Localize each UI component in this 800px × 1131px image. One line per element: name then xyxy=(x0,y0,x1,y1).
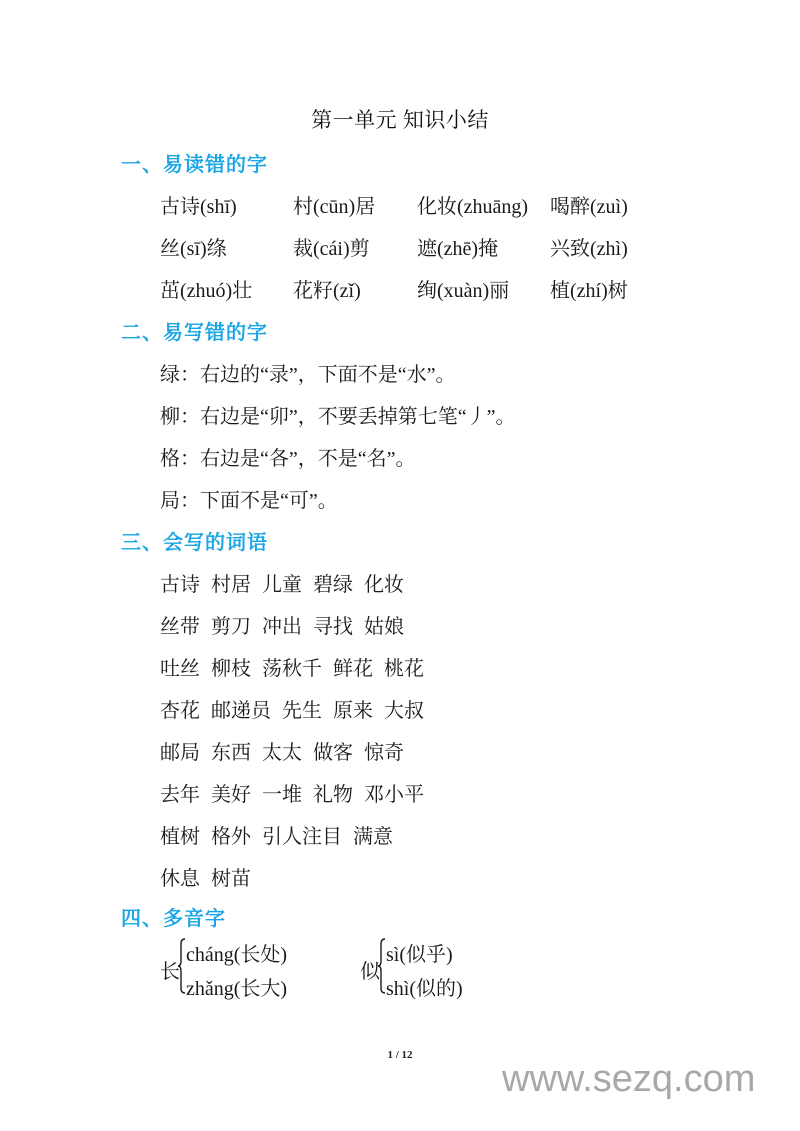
brace-icon xyxy=(178,938,186,994)
vocabulary-word: 荡秋千 xyxy=(262,658,322,680)
vocabulary-row: 丝带剪刀冲出寻找姑娘 xyxy=(160,610,415,639)
polyphone-reading: cháng(长处) xyxy=(186,938,287,967)
vocabulary-word: 树苗 xyxy=(211,868,251,890)
misread-item: 兴致(zhì) xyxy=(550,232,628,261)
polyphone-reading: zhǎng(长大) xyxy=(186,972,287,1001)
section-heading-misread: 一、易读错的字 xyxy=(121,148,268,177)
vocabulary-word: 鲜花 xyxy=(333,658,373,680)
vocabulary-word: 休息 xyxy=(160,868,200,890)
vocabulary-word: 惊奇 xyxy=(364,742,404,764)
vocabulary-word: 满意 xyxy=(353,826,393,848)
misread-row: 茁(zhuó)壮 花籽(zǐ) 绚(xuàn)丽 植(zhí)树 xyxy=(160,274,680,302)
vocabulary-word: 美好 xyxy=(211,784,251,806)
brace-icon xyxy=(378,938,386,994)
vocabulary-word: 剪刀 xyxy=(211,616,251,638)
vocabulary-word: 先生 xyxy=(282,700,322,722)
page-title: 第一单元 知识小结 xyxy=(0,104,800,134)
vocabulary-word: 冲出 xyxy=(262,616,302,638)
vocabulary-word: 姑娘 xyxy=(364,616,404,638)
vocabulary-word: 柳枝 xyxy=(211,658,251,680)
vocabulary-word: 寻找 xyxy=(313,616,353,638)
vocabulary-word: 原来 xyxy=(333,700,373,722)
vocabulary-row: 杏花邮递员先生原来大叔 xyxy=(160,694,435,723)
section-heading-vocabulary: 三、会写的词语 xyxy=(121,526,268,555)
vocabulary-word: 做客 xyxy=(313,742,353,764)
misread-item: 遮(zhē)掩 xyxy=(417,232,498,261)
miswritten-note: 局：下面不是“可”。 xyxy=(160,484,338,513)
polyphone-reading: shì(似的) xyxy=(386,972,463,1001)
vocabulary-word: 格外 xyxy=(211,826,251,848)
misread-item: 古诗(shī) xyxy=(160,190,237,219)
misread-item: 村(cūn)居 xyxy=(293,190,375,219)
polyphone-char: 长 xyxy=(160,955,180,984)
polyphone-char: 似 xyxy=(360,955,380,984)
misread-item: 花籽(zǐ) xyxy=(293,274,361,303)
misread-item: 植(zhí)树 xyxy=(550,274,628,303)
vocabulary-word: 邮局 xyxy=(160,742,200,764)
misread-item: 裁(cái)剪 xyxy=(293,232,370,261)
vocabulary-word: 引人注目 xyxy=(262,826,342,848)
section-heading-polyphones: 四、多音字 xyxy=(121,902,226,931)
misread-row: 古诗(shī) 村(cūn)居 化妆(zhuāng) 喝醉(zuì) xyxy=(160,190,680,218)
misread-item: 丝(sī)绦 xyxy=(160,232,227,261)
vocabulary-row: 吐丝柳枝荡秋千鲜花桃花 xyxy=(160,652,435,681)
misread-item: 绚(xuàn)丽 xyxy=(417,274,509,303)
vocabulary-word: 桃花 xyxy=(384,658,424,680)
section-heading-miswritten: 二、易写错的字 xyxy=(121,316,268,345)
vocabulary-word: 儿童 xyxy=(262,574,302,596)
watermark: www.sezq.com xyxy=(502,1058,755,1101)
vocabulary-word: 太太 xyxy=(262,742,302,764)
vocabulary-word: 礼物 xyxy=(313,784,353,806)
vocabulary-word: 大叔 xyxy=(384,700,424,722)
vocabulary-row: 去年美好一堆礼物邓小平 xyxy=(160,778,435,807)
miswritten-note: 柳：右边是“卯”，不要丢掉第七笔“丿”。 xyxy=(160,400,516,429)
vocabulary-word: 丝带 xyxy=(160,616,200,638)
misread-item: 喝醉(zuì) xyxy=(550,190,628,219)
vocabulary-row: 古诗村居儿童碧绿化妆 xyxy=(160,568,415,597)
vocabulary-row: 植树格外引人注目满意 xyxy=(160,820,404,849)
vocabulary-row: 邮局东西太太做客惊奇 xyxy=(160,736,415,765)
vocabulary-word: 邮递员 xyxy=(211,700,271,722)
vocabulary-word: 碧绿 xyxy=(313,574,353,596)
polyphone-reading: sì(似乎) xyxy=(386,938,453,967)
vocabulary-word: 古诗 xyxy=(160,574,200,596)
misread-item: 茁(zhuó)壮 xyxy=(160,274,252,303)
vocabulary-word: 邓小平 xyxy=(364,784,424,806)
vocabulary-row: 休息树苗 xyxy=(160,862,262,891)
vocabulary-word: 东西 xyxy=(211,742,251,764)
misread-row: 丝(sī)绦 裁(cái)剪 遮(zhē)掩 兴致(zhì) xyxy=(160,232,680,260)
miswritten-note: 绿：右边的“录”，下面不是“水”。 xyxy=(160,358,456,387)
vocabulary-word: 吐丝 xyxy=(160,658,200,680)
vocabulary-word: 一堆 xyxy=(262,784,302,806)
vocabulary-word: 村居 xyxy=(211,574,251,596)
vocabulary-word: 杏花 xyxy=(160,700,200,722)
vocabulary-word: 去年 xyxy=(160,784,200,806)
vocabulary-word: 植树 xyxy=(160,826,200,848)
misread-item: 化妆(zhuāng) xyxy=(417,190,528,219)
vocabulary-word: 化妆 xyxy=(364,574,404,596)
miswritten-note: 格：右边是“各”，不是“名”。 xyxy=(160,442,416,471)
